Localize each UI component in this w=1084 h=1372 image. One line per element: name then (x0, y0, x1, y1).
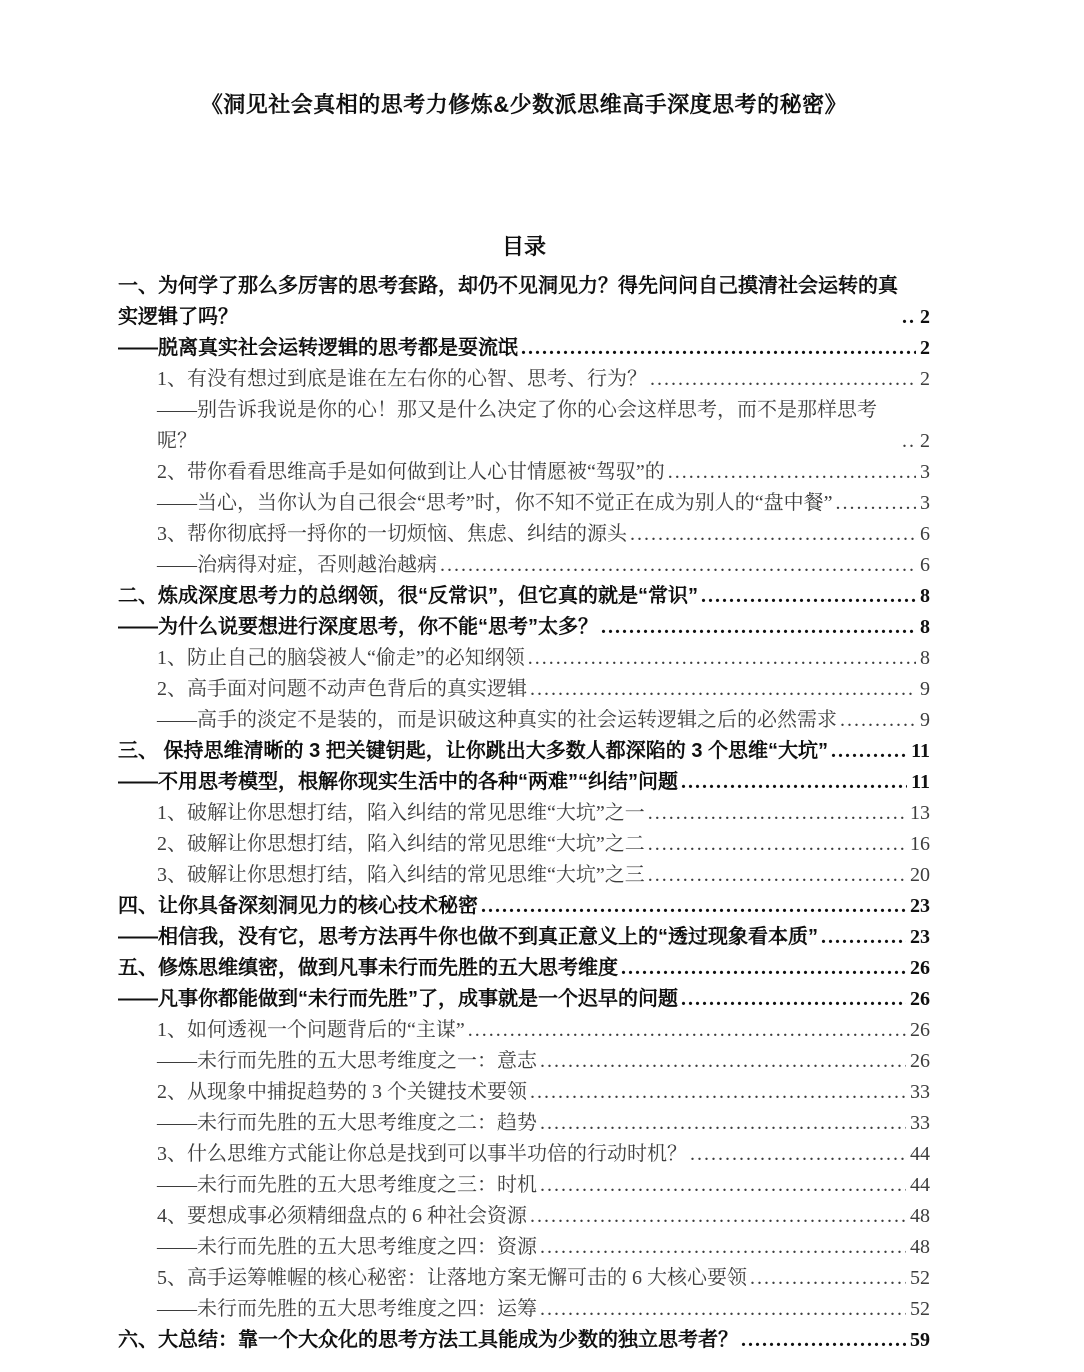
toc-entry[interactable]: 4、要想成事必须精细盘点的 6 种社会资源 48 (118, 1201, 930, 1232)
toc-leader-dots (530, 1077, 906, 1108)
toc-page-number: 26 (910, 1046, 930, 1077)
toc-entry[interactable]: ——为什么说要想进行深度思考，你不能“思考”太多？ 8 (118, 612, 930, 643)
toc-entry-title: 一、为何学了那么多厉害的思考套路，却仍不见洞见力？得先问问自己摸清社会运转的真实… (118, 271, 899, 333)
toc-leader-dots (601, 612, 916, 643)
toc-entry-title: 三、 保持思维清晰的 3 把关键钥匙，让你跳出大多数人都深陷的 3 个思维“大坑… (118, 736, 828, 767)
toc-leader-dots (668, 457, 916, 488)
toc-entry-title: 4、要想成事必须精细盘点的 6 种社会资源 (157, 1201, 527, 1232)
toc-entry-title: 3、破解让你思想打结，陷入纠结的常见思维“大坑”之三 (157, 860, 645, 891)
toc-page-number: 11 (911, 736, 930, 767)
toc-entry[interactable]: ——治病得对症，否则越治越病 6 (118, 550, 930, 581)
toc-page-number: 8 (920, 643, 930, 674)
toc-page-number: 26 (910, 984, 930, 1015)
toc-page-number: 2 (920, 333, 930, 364)
toc-leader-dots (468, 1015, 906, 1046)
toc-page-number: 6 (920, 519, 930, 550)
toc-leader-dots (836, 488, 916, 519)
toc-leader-dots (481, 891, 906, 922)
toc-entry[interactable]: 2、带你看看思维高手是如何做到让人心甘情愿被“驾驭”的 3 (118, 457, 930, 488)
toc-leader-dots (648, 829, 906, 860)
toc-page-number: 48 (910, 1201, 930, 1232)
toc-entry[interactable]: 1、有没有想过到底是谁在左右你的心智、思考、行为？ 2 (118, 364, 930, 395)
toc-leader-dots (648, 860, 906, 891)
toc-page-number: 11 (911, 767, 930, 798)
toc-entry-title: ——高手的淡定不是装的，而是识破这种真实的社会运转逻辑之后的必然需求 (157, 705, 837, 736)
toc-entry[interactable]: ——未行而先胜的五大思考维度之四：运筹 52 (118, 1294, 930, 1325)
toc-page-number: 2 (920, 302, 930, 333)
document-page: 《洞见社会真相的思考力修炼&少数派思维高手深度思考的秘密》 目录 一、为何学了那… (0, 0, 1084, 1372)
toc-entry-title: 六、大总结：靠一个大众化的思考方法工具能成为少数的独立思考者？ (118, 1325, 738, 1356)
toc-entry[interactable]: ——当心，当你认为自己很会“思考”时，你不知不觉正在成为别人的“盘中餐” 3 (118, 488, 930, 519)
toc-entry[interactable]: ——凡事你都能做到“未行而先胜”了，成事就是一个迟早的问题 26 (118, 984, 930, 1015)
toc-leader-dots (741, 1325, 906, 1356)
toc-entry[interactable]: 1、破解让你思想打结，陷入纠结的常见思维“大坑”之一 13 (118, 798, 930, 829)
toc-page-number: 26 (910, 953, 930, 984)
toc-leader-dots (750, 1263, 906, 1294)
toc-leader-dots (540, 1170, 906, 1201)
toc-entry-title: ——相信我，没有它，思考方法再牛你也做不到真正意义上的“透过现象看本质” (118, 922, 818, 953)
toc-page-number: 16 (910, 829, 930, 860)
toc-leader-dots (528, 643, 916, 674)
toc-entry-title: ——未行而先胜的五大思考维度之四：运筹 (157, 1294, 537, 1325)
toc-leader-dots (701, 581, 916, 612)
toc-entry-title: 1、破解让你思想打结，陷入纠结的常见思维“大坑”之一 (157, 798, 645, 829)
toc-page-number: 3 (920, 457, 930, 488)
toc-leader-dots (530, 674, 916, 705)
toc-page-number: 6 (920, 550, 930, 581)
toc-page-number: 48 (910, 1232, 930, 1263)
toc-page-number: 52 (910, 1294, 930, 1325)
toc-entry-title: ——未行而先胜的五大思考维度之四：资源 (157, 1232, 537, 1263)
toc-entry[interactable]: 1、如何透视一个问题背后的“主谋” 26 (118, 1015, 930, 1046)
toc-entry-title: 五、修炼思维缜密，做到凡事未行而先胜的五大思考维度 (118, 953, 618, 984)
toc-leader-dots (681, 767, 907, 798)
toc-entry-title: ——治病得对症，否则越治越病 (157, 550, 437, 581)
toc-page-number: 26 (910, 1015, 930, 1046)
toc-page-number: 23 (910, 922, 930, 953)
toc-entry-title: 1、如何透视一个问题背后的“主谋” (157, 1015, 465, 1046)
toc-heading: 目录 (118, 232, 930, 262)
toc-page-number: 2 (920, 364, 930, 395)
toc-page-number: 59 (910, 1325, 930, 1356)
toc-page-number: 20 (910, 860, 930, 891)
toc-entry-title: ——为什么说要想进行深度思考，你不能“思考”太多？ (118, 612, 598, 643)
toc-leader-dots (540, 1294, 906, 1325)
toc-page-number: 33 (910, 1077, 930, 1108)
toc-entry-title: ——未行而先胜的五大思考维度之三：时机 (157, 1170, 537, 1201)
toc-entry[interactable]: 3、帮你彻底捋一捋你的一切烦恼、焦虑、纠结的源头 6 (118, 519, 930, 550)
toc-entry[interactable]: ——未行而先胜的五大思考维度之二：趋势 33 (118, 1108, 930, 1139)
toc-page-number: 9 (920, 674, 930, 705)
document-title: 《洞见社会真相的思考力修炼&少数派思维高手深度思考的秘密》 (118, 90, 930, 120)
toc-leader-dots (440, 550, 916, 581)
toc-leader-dots (902, 426, 916, 457)
toc-page-number: 52 (910, 1263, 930, 1294)
toc-page-number: 2 (920, 426, 930, 457)
toc-leader-dots (821, 922, 906, 953)
toc-leader-dots (540, 1046, 906, 1077)
toc-page-number: 8 (920, 612, 930, 643)
toc-entry[interactable]: 3、破解让你思想打结，陷入纠结的常见思维“大坑”之三 20 (118, 860, 930, 891)
toc-page-number: 9 (920, 705, 930, 736)
toc-entry[interactable]: ——未行而先胜的五大思考维度之三：时机 44 (118, 1170, 930, 1201)
toc-leader-dots (621, 953, 906, 984)
toc-leader-dots (831, 736, 907, 767)
toc-entry[interactable]: ——未行而先胜的五大思考维度之四：资源 48 (118, 1232, 930, 1263)
toc-entry-title: ——未行而先胜的五大思考维度之一：意志 (157, 1046, 537, 1077)
toc-leader-dots (540, 1232, 906, 1263)
toc-page-number: 33 (910, 1108, 930, 1139)
toc-leader-dots (690, 1139, 906, 1170)
toc-entry-title: 5、高手运筹帷幄的核心秘密：让落地方案无懈可击的 6 大核心要领 (157, 1263, 747, 1294)
toc-entry-title: 1、防止自己的脑袋被人“偷走”的必知纲领 (157, 643, 525, 674)
toc-page-number: 8 (920, 581, 930, 612)
toc-leader-dots (902, 302, 916, 333)
toc-entry[interactable]: ——脱离真实社会运转逻辑的思考都是耍流氓 2 (118, 333, 930, 364)
toc-entry-title: ——凡事你都能做到“未行而先胜”了，成事就是一个迟早的问题 (118, 984, 678, 1015)
toc-entry-title: ——不用思考模型，根解你现实生活中的各种“两难”“纠结”问题 (118, 767, 678, 798)
toc-page-number: 13 (910, 798, 930, 829)
toc-entry-title: 3、帮你彻底捋一捋你的一切烦恼、焦虑、纠结的源头 (157, 519, 627, 550)
toc-entry[interactable]: 1、防止自己的脑袋被人“偷走”的必知纲领 8 (118, 643, 930, 674)
toc-leader-dots (840, 705, 916, 736)
toc-entry[interactable]: 二、炼成深度思考力的总纲领，很“反常识”，但它真的就是“常识” 8 (118, 581, 930, 612)
toc-entry-title: 2、从现象中捕捉趋势的 3 个关键技术要领 (157, 1077, 527, 1108)
toc-entry-title: 3、什么思维方式能让你总是找到可以事半功倍的行动时机？ (157, 1139, 687, 1170)
toc-entry[interactable]: 5、高手运筹帷幄的核心秘密：让落地方案无懈可击的 6 大核心要领 52 (118, 1263, 930, 1294)
toc-leader-dots (648, 798, 906, 829)
toc-entry-title: 二、炼成深度思考力的总纲领，很“反常识”，但它真的就是“常识” (118, 581, 698, 612)
toc-entry[interactable]: 六、大总结：靠一个大众化的思考方法工具能成为少数的独立思考者？ 59 (118, 1325, 930, 1356)
toc-page-number: 44 (910, 1139, 930, 1170)
toc-leader-dots (630, 519, 916, 550)
toc-leader-dots (540, 1108, 906, 1139)
toc-entry[interactable]: 四、让你具备深刻洞见力的核心技术秘密 23 (118, 891, 930, 922)
toc-entry[interactable]: 2、从现象中捕捉趋势的 3 个关键技术要领 33 (118, 1077, 930, 1108)
toc-leader-dots (650, 364, 916, 395)
toc-list: 一、为何学了那么多厉害的思考套路，却仍不见洞见力？得先问问自己摸清社会运转的真实… (118, 271, 930, 1356)
toc-entry-title: ——别告诉我说是你的心！那又是什么决定了你的心会这样思考，而不是那样思考呢？ (157, 395, 899, 457)
toc-entry[interactable]: ——未行而先胜的五大思考维度之一：意志 26 (118, 1046, 930, 1077)
toc-entry-title: 2、破解让你思想打结，陷入纠结的常见思维“大坑”之二 (157, 829, 645, 860)
toc-entry-title: ——脱离真实社会运转逻辑的思考都是耍流氓 (118, 333, 518, 364)
toc-entry[interactable]: 五、修炼思维缜密，做到凡事未行而先胜的五大思考维度 26 (118, 953, 930, 984)
toc-entry[interactable]: 一、为何学了那么多厉害的思考套路，却仍不见洞见力？得先问问自己摸清社会运转的真实… (118, 271, 930, 333)
toc-entry-title: 1、有没有想过到底是谁在左右你的心智、思考、行为？ (157, 364, 647, 395)
toc-entry[interactable]: 2、高手面对问题不动声色背后的真实逻辑 9 (118, 674, 930, 705)
toc-entry[interactable]: 三、 保持思维清晰的 3 把关键钥匙，让你跳出大多数人都深陷的 3 个思维“大坑… (118, 736, 930, 767)
toc-entry[interactable]: ——相信我，没有它，思考方法再牛你也做不到真正意义上的“透过现象看本质” 23 (118, 922, 930, 953)
toc-entry-title: 2、带你看看思维高手是如何做到让人心甘情愿被“驾驭”的 (157, 457, 665, 488)
toc-entry[interactable]: ——别告诉我说是你的心！那又是什么决定了你的心会这样思考，而不是那样思考呢？ 2 (118, 395, 930, 457)
toc-entry-title: 四、让你具备深刻洞见力的核心技术秘密 (118, 891, 478, 922)
toc-entry[interactable]: 3、什么思维方式能让你总是找到可以事半功倍的行动时机？ 44 (118, 1139, 930, 1170)
toc-leader-dots (521, 333, 916, 364)
toc-entry-title: 2、高手面对问题不动声色背后的真实逻辑 (157, 674, 527, 705)
toc-page-number: 3 (920, 488, 930, 519)
toc-entry-title: ——当心，当你认为自己很会“思考”时，你不知不觉正在成为别人的“盘中餐” (157, 488, 833, 519)
toc-entry[interactable]: ——高手的淡定不是装的，而是识破这种真实的社会运转逻辑之后的必然需求 9 (118, 705, 930, 736)
toc-entry-title: ——未行而先胜的五大思考维度之二：趋势 (157, 1108, 537, 1139)
toc-entry[interactable]: 2、破解让你思想打结，陷入纠结的常见思维“大坑”之二 16 (118, 829, 930, 860)
toc-page-number: 44 (910, 1170, 930, 1201)
toc-leader-dots (681, 984, 906, 1015)
toc-leader-dots (530, 1201, 906, 1232)
toc-entry[interactable]: ——不用思考模型，根解你现实生活中的各种“两难”“纠结”问题 11 (118, 767, 930, 798)
toc-page-number: 23 (910, 891, 930, 922)
